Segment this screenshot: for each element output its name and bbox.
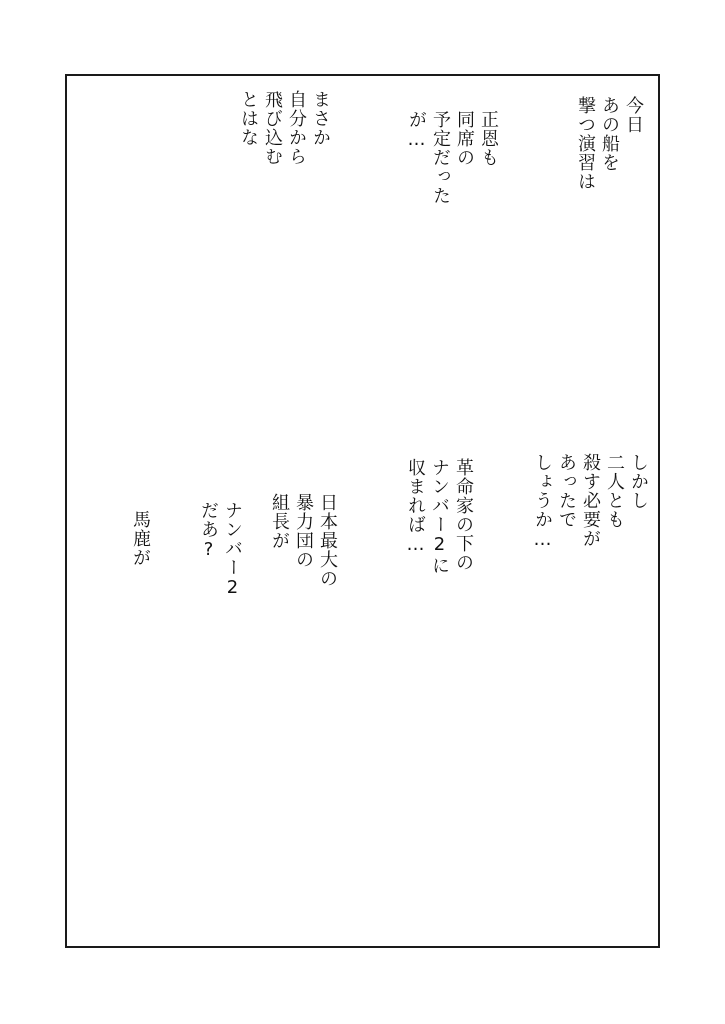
dialogue-balloon-6: 日本最大の 暴力団の 組長が — [267, 493, 339, 588]
dialogue-balloon-2: 正恩も 同席の 予定だった が… — [404, 110, 500, 205]
dialogue-balloon-3: まさか 自分から 飛び込む とはな — [236, 90, 332, 166]
dialogue-line: 飛び込む — [260, 90, 284, 166]
dialogue-line: 撃つ演習は — [573, 96, 597, 191]
dialogue-line: 正恩も — [476, 110, 500, 205]
dialogue-line: 革命家の下の — [451, 458, 475, 575]
dialogue-balloon-7: ナンバー2 だあ? — [196, 501, 244, 599]
dialogue-line: 殺す必要が — [578, 453, 602, 551]
dialogue-line: しょうか… — [530, 453, 554, 551]
dialogue-line: しかし — [626, 453, 650, 551]
dialogue-line: 同席の — [452, 110, 476, 205]
dialogue-line: だあ? — [196, 501, 220, 599]
dialogue-line: あったで — [554, 453, 578, 551]
dialogue-line: 自分から — [284, 90, 308, 166]
dialogue-line: まさか — [308, 90, 332, 166]
dialogue-line: 馬鹿が — [128, 510, 152, 567]
dialogue-line: あの船を — [597, 96, 621, 191]
dialogue-line: ナンバー2 — [220, 501, 244, 599]
dialogue-balloon-4: しかし 二人とも 殺す必要が あったで しょうか… — [530, 453, 650, 551]
dialogue-line: が… — [404, 110, 428, 205]
dialogue-line: 組長が — [267, 493, 291, 588]
dialogue-balloon-8: 馬鹿が — [128, 510, 152, 567]
dialogue-line: 今日 — [621, 96, 645, 191]
dialogue-balloon-5: 革命家の下の ナンバー2に 収まれば… — [403, 458, 475, 575]
dialogue-balloon-1: 今日 あの船を 撃つ演習は — [573, 96, 645, 191]
dialogue-line: 収まれば… — [403, 458, 427, 575]
dialogue-line: 予定だった — [428, 110, 452, 205]
dialogue-line: とはな — [236, 90, 260, 166]
dialogue-line: 日本最大の — [315, 493, 339, 588]
dialogue-line: 暴力団の — [291, 493, 315, 588]
dialogue-line: 二人とも — [602, 453, 626, 551]
dialogue-line: ナンバー2に — [427, 458, 451, 575]
